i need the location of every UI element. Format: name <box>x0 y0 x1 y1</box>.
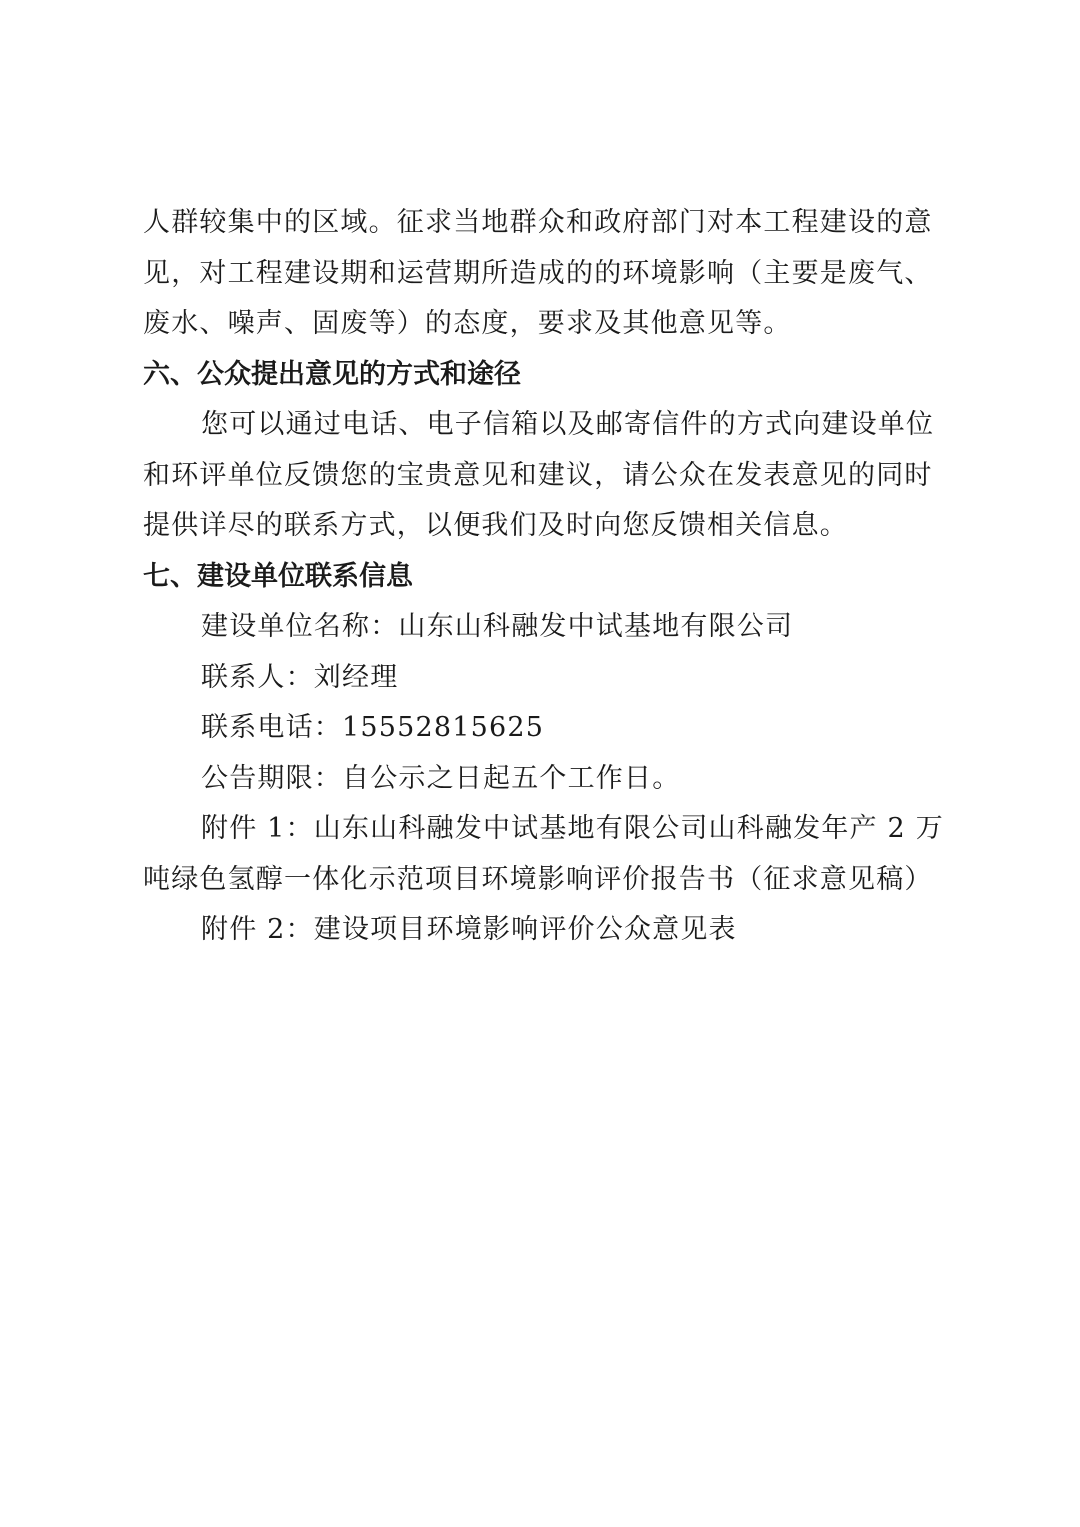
contact-phone: 联系电话：15552815625 <box>143 703 948 754</box>
paragraph-line: 和环评单位反馈您的宝贵意见和建议，请公众在发表意见的同时 <box>143 451 948 502</box>
paragraph-line: 提供详尽的联系方式，以便我们及时向您反馈相关信息。 <box>143 501 948 552</box>
paragraph-public-opinion-scope: 人群较集中的区域。征求当地群众和政府部门对本工程建设的意 见，对工程建设期和运营… <box>143 198 948 350</box>
paragraph-line: 您可以通过电话、电子信箱以及邮寄信件的方式向建设单位 <box>143 400 948 451</box>
attachment-1: 附件 1：山东山科融发中试基地有限公司山科融发年产 2 万 <box>143 804 948 855</box>
section-7: 七、建设单位联系信息 建设单位名称：山东山科融发中试基地有限公司 联系人：刘经理… <box>143 552 948 956</box>
contact-person: 联系人：刘经理 <box>143 653 948 704</box>
section-6: 六、公众提出意见的方式和途径 您可以通过电话、电子信箱以及邮寄信件的方式向建设单… <box>143 350 948 552</box>
attachment-2: 附件 2：建设项目环境影响评价公众意见表 <box>143 905 948 956</box>
paragraph-line: 见，对工程建设期和运营期所造成的的环境影响（主要是废气、 <box>143 249 948 300</box>
section-7-heading: 七、建设单位联系信息 <box>143 552 948 603</box>
section-6-heading: 六、公众提出意见的方式和途径 <box>143 350 948 401</box>
company-name: 建设单位名称：山东山科融发中试基地有限公司 <box>143 602 948 653</box>
attachment-1-continued: 吨绿色氢醇一体化示范项目环境影响评价报告书（征求意见稿） <box>143 855 948 906</box>
paragraph-line: 人群较集中的区域。征求当地群众和政府部门对本工程建设的意 <box>143 198 948 249</box>
document-page: 人群较集中的区域。征求当地群众和政府部门对本工程建设的意 见，对工程建设期和运营… <box>143 198 948 956</box>
notice-period: 公告期限：自公示之日起五个工作日。 <box>143 754 948 805</box>
paragraph-line: 废水、噪声、固废等）的态度，要求及其他意见等。 <box>143 299 948 350</box>
